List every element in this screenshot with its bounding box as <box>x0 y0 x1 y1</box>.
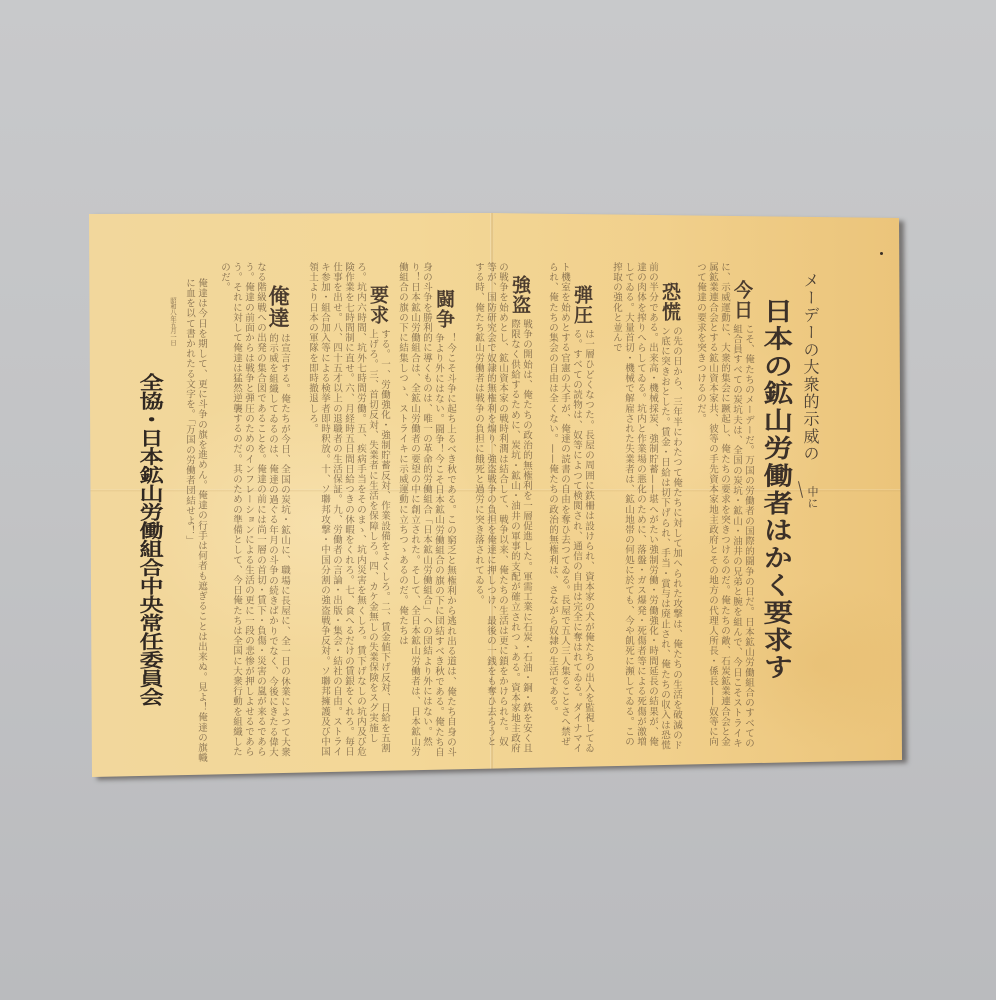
paragraph-text: ！今こそ斗争に起ち上るべき秋である。この窮乏と無権利から逃れ出る道は、俺たち自身… <box>397 262 456 757</box>
paragraph-text: 戦争の開始は、俺たちの政治的無権利を一層促進した。軍需工業に石炭・石油・銅・鉄を… <box>473 262 532 753</box>
ink-dot <box>880 252 883 255</box>
subtitle: メーデーの大衆的示威の <box>800 272 820 462</box>
subtitle-insertion: 中に <box>806 486 819 509</box>
paragraph-oppression: 弾圧 は一層ひどくなつた。長屋の周囲に鉄柵は設けられ、資本家の犬が俺たちの出入を… <box>534 262 594 754</box>
paragraph-text: は宣言する。俺たちが今日、全国の炭坑・鉱山に、職場に長屋に、全一日の休業によつて… <box>219 262 290 757</box>
paragraph-robbery: 強盗 戦争の開始は、俺たちの政治的無権利を一層促進した。軍需工業に石炭・石油・銅… <box>458 262 532 756</box>
paragraph-text: する。一、労働強化・強制貯蓄反対、作業設備をよくしろ。二、賃金値下げ反対、日給を… <box>307 262 390 757</box>
document-title: 日本の鉱山労働者はかく要求す <box>758 298 793 682</box>
paragraph-heading: 闘争 <box>432 289 456 329</box>
paragraph-text: こそ、俺たちのメーデーだ。万国の労働者の国際的闘争の日だ。日本鉱山労働組合のすべ… <box>695 262 754 748</box>
paragraph-heading: 恐慌 <box>658 282 682 322</box>
closing-paragraph: 俺達は今日を期して、更に斗争の旗を進めん。俺達の行手は何者も遮ぎることは出来ぬ。… <box>180 278 207 765</box>
paragraph-heading: 俺達 <box>266 285 290 329</box>
paragraph-demands: 要求 する。一、労働強化・強制貯蓄反対、作業設備をよくしろ。二、賃金値下げ反対、… <box>292 262 390 760</box>
paragraph-text: の先の日から、三年半にわたつて俺たちに対して加へられた攻撃は、俺たちの生活を破滅… <box>611 262 682 750</box>
paragraph-today: 今日 こそ、俺たちのメーデーだ。万国の労働者の国際的闘争の日だ。日本鉱山労働組合… <box>684 262 754 750</box>
paragraph-heading: 今日 <box>730 280 754 320</box>
paragraph-heading: 弾圧 <box>570 285 594 325</box>
closing-text: 俺達は今日を期して、更に斗争の旗を進めん。俺達の行手は何者も遮ぎることは出来ぬ。… <box>184 278 207 763</box>
signature: 全協・日本鉱山労働組合中央常任委員会 <box>132 373 166 706</box>
paragraph-heading: 要求 <box>366 285 390 325</box>
paragraph-heading: 強盗 <box>508 275 532 315</box>
issue-date: 昭和八年五月一日 <box>167 297 177 346</box>
paragraph-panic: 恐慌 の先の日から、三年半にわたつて俺たちに対して加へられた攻撃は、俺たちの生活… <box>596 262 682 752</box>
paragraph-text: は一層ひどくなつた。長屋の周囲に鉄柵は設けられ、資本家の犬が俺たちの出入を監視し… <box>547 262 594 753</box>
paragraph-declaration: 俺達 は宣言する。俺たちが今日、全国の炭坑・鉱山に、職場に長屋に、全一日の休業に… <box>212 262 290 762</box>
paragraph-struggle: 闘争 ！今こそ斗争に起ち上るべき秋である。この窮乏と無権利から逃れ出る道は、俺た… <box>392 262 456 758</box>
